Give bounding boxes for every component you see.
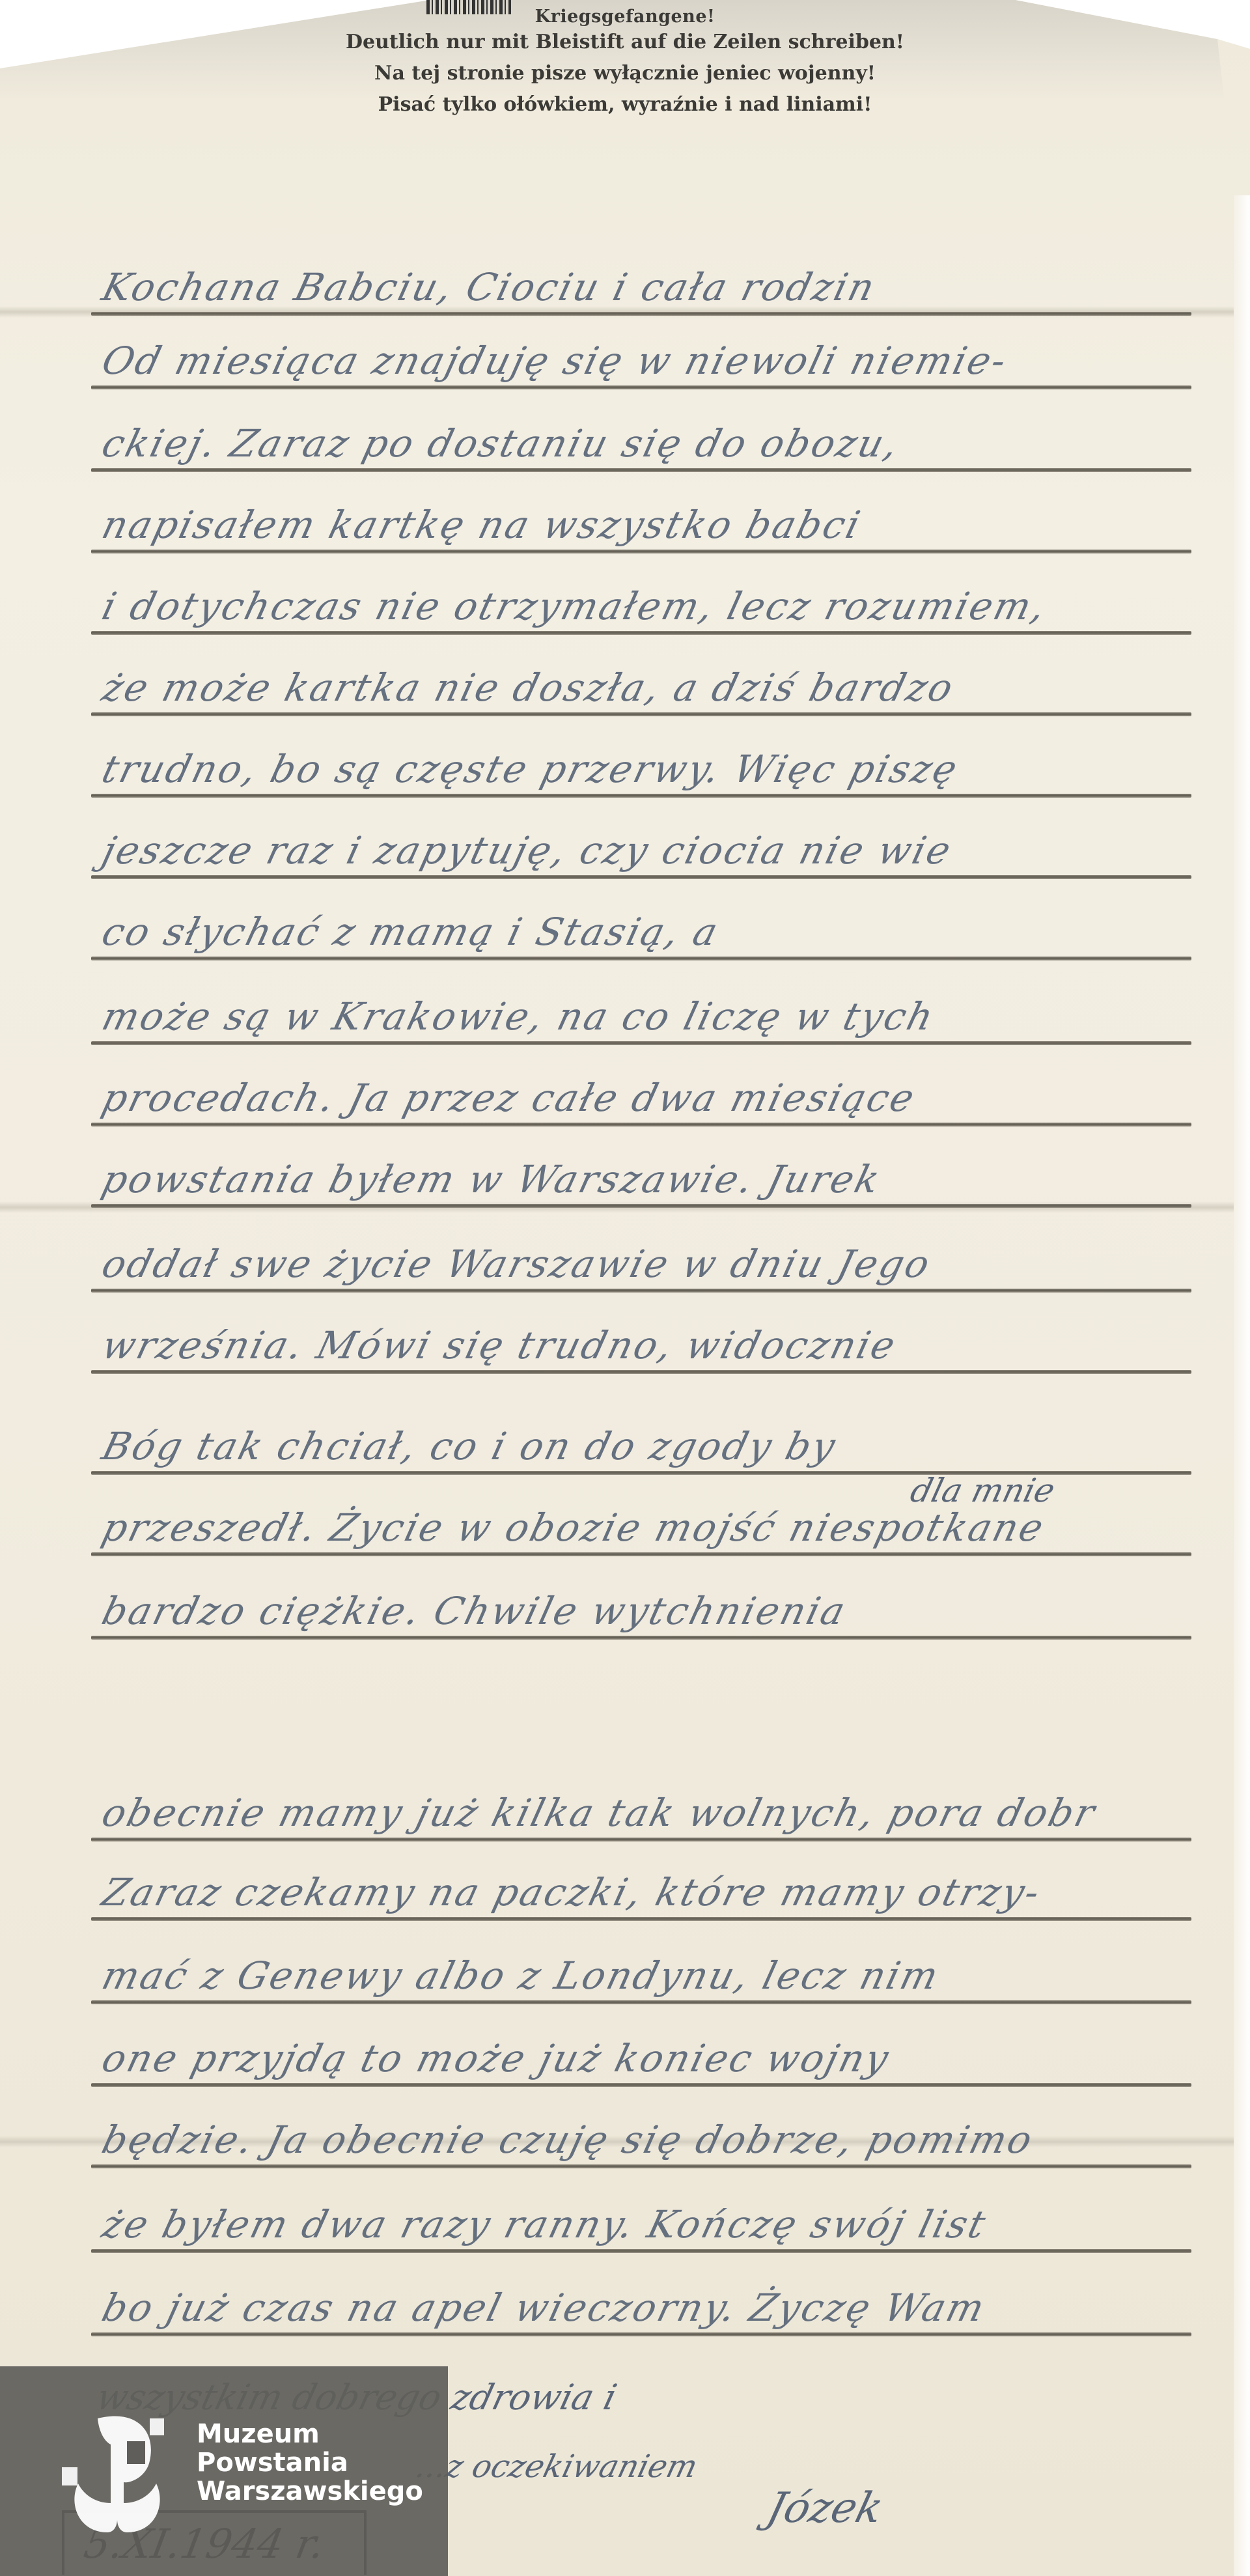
header-title: Kriegsgefangene! (260, 7, 990, 27)
closing-line: ...z oczekiwaniem (412, 2448, 701, 2485)
signature: Józek (762, 2484, 888, 2532)
handwritten-text: bo już czas na apel wieczorny. Życzę Wam (98, 2286, 1202, 2330)
letter-line: bo już czas na apel wieczorny. Życzę Wam (91, 2239, 1191, 2336)
museum-name-line: Muzeum (197, 2420, 423, 2448)
letter-line: września. Mówi się trudno, widocznie (91, 1276, 1191, 1374)
letter-line: powstania byłem w Warszawie. Jurek (91, 1110, 1191, 1208)
handwritten-text: bardzo ciężkie. Chwile wytchnienia (98, 1589, 1202, 1633)
header-instruction-german: Deutlich nur mit Bleistift auf die Zeile… (260, 27, 990, 58)
museum-name: Muzeum Powstania Warszawskiego (197, 2420, 423, 2506)
museum-name-line: Powstania (197, 2448, 423, 2477)
ruled-line (91, 2332, 1191, 2336)
museum-name-line: Warszawskiego (197, 2477, 423, 2506)
anchor-kotwica-icon (59, 2405, 176, 2536)
ruled-line (91, 1636, 1191, 1640)
paper-right-edge (1234, 195, 1250, 2576)
header-instruction-polish-1: Na tej stronie pisze wyłącznie jeniec wo… (260, 58, 990, 89)
insertion-note: dla mnie (907, 1472, 1059, 1509)
ruled-line (91, 1370, 1191, 1374)
letter-line: bardzo ciężkie. Chwile wytchnienia (91, 1542, 1191, 1640)
letter-line: co słychać z mamą i Stasią, a (91, 863, 1191, 960)
header-instruction-polish-2: Pisać tylko ołówkiem, wyraźnie i nad lin… (260, 89, 990, 120)
letter-line: będzie. Ja obecnie czuję się dobrze, pom… (91, 2071, 1191, 2168)
printed-header: Kriegsgefangene! Deutlich nur mit Bleist… (260, 7, 990, 120)
museum-watermark: Muzeum Powstania Warszawskiego (0, 2366, 448, 2576)
handwritten-text: września. Mówi się trudno, widocznie (98, 1323, 1202, 1367)
